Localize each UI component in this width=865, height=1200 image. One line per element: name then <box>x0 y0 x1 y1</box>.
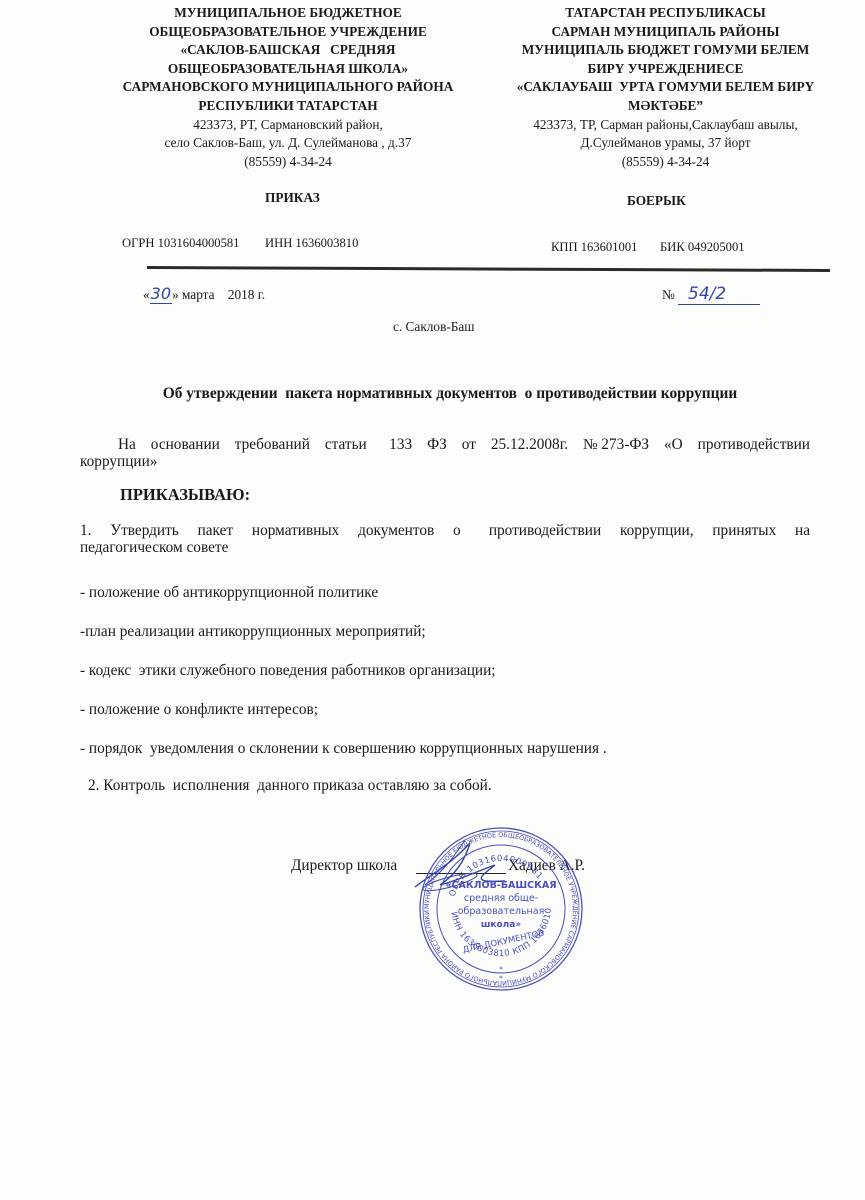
header-left-address: село Саклов-Баш, ул. Д. Сулейманова , д.… <box>108 134 468 153</box>
basis-paragraph: На основании требований статьи 133 ФЗ от… <box>80 436 810 470</box>
order-label-russian: ПРИКАЗ <box>265 190 320 206</box>
order-word: ПРИКАЗЫВАЮ: <box>120 485 250 505</box>
header-left-line: «САКЛОВ-БАШСКАЯ СРЕДНЯЯ <box>108 41 468 60</box>
stamp-star-icon: * <box>499 965 503 974</box>
header-right-line: МӘКТӘБЕ” <box>488 97 843 116</box>
kpp: КПП 163601001 <box>551 240 637 255</box>
order-label-tatar: БОЕРЫК <box>627 193 686 209</box>
date-day-handwritten: 30 <box>150 284 172 304</box>
point-2: 2. Контроль исполнения данного приказа о… <box>88 777 492 795</box>
order-place: с. Саклов-Баш <box>393 319 475 335</box>
list-item: - положение об антикоррупционной политик… <box>80 584 378 602</box>
official-stamp: МУНИЦИПАЛЬНОЕ БЮДЖЕТНОЕ ОБЩЕОБРАЗОВАТЕЛЬ… <box>418 826 584 992</box>
stamp-seal-icon: МУНИЦИПАЛЬНОЕ БЮДЖЕТНОЕ ОБЩЕОБРАЗОВАТЕЛЬ… <box>418 826 584 992</box>
list-item: - положение о конфликте интересов; <box>80 701 318 719</box>
header-right-address: Д.Сулейманов урамы, 37 йорт <box>488 134 843 153</box>
header-right-line: САРМАН МУНИЦИПАЛЬ РАЙОНЫ <box>488 23 843 42</box>
list-item: - кодекс этики служебного поведения рабо… <box>80 662 496 680</box>
header-left-line: ОБЩЕОБРАЗОВАТЕЛЬНОЕ УЧРЕЖДЕНИЕ <box>108 23 468 42</box>
header-left-address: 423373, РТ, Сармановский район, <box>108 116 468 135</box>
header-divider <box>147 266 830 272</box>
header-right-line: «САКЛАУБАШ УРТА ГОМУМИ БЕЛЕМ БИРҮ <box>488 78 843 97</box>
signature-position: Директор школа <box>291 857 397 875</box>
point-1: 1. Утвердить пакет нормативных документо… <box>80 522 810 556</box>
list-item: - порядок уведомления о склонении к сове… <box>80 740 607 758</box>
svg-text:ОГРН 1031604000581: ОГРН 1031604000581 <box>448 854 545 898</box>
header-left-russian: МУНИЦИПАЛЬНОЕ БЮДЖЕТНОЕ ОБЩЕОБРАЗОВАТЕЛЬ… <box>108 4 468 171</box>
order-number: № 54/2 <box>662 284 760 305</box>
stamp-ogrn-text: ОГРН 1031604000581 <box>448 854 545 898</box>
stamp-center-line: школа» <box>481 920 522 930</box>
ogrn: ОГРН 1031604000581 <box>122 236 239 251</box>
stamp-center-line: «САКЛОВ-БАШСКАЯ <box>445 880 556 891</box>
header-right-tatar: ТАТАРСТАН РЕСПУБЛИКАСЫ САРМАН МУНИЦИПАЛЬ… <box>488 4 843 171</box>
header-left-line: МУНИЦИПАЛЬНОЕ БЮДЖЕТНОЕ <box>108 4 468 23</box>
inn: ИНН 1636003810 <box>265 236 358 251</box>
stamp-star-icon: * <box>499 974 503 983</box>
order-date: «30» марта 2018 г. <box>143 284 265 303</box>
date-month-year: » марта 2018 г. <box>172 287 265 302</box>
header-left-line: САРМАНОВСКОГО МУНИЦИПАЛЬНОГО РАЙОНА <box>108 78 468 97</box>
number-handwritten: 54/2 <box>678 284 760 305</box>
stamp-center-line: средняя обще- <box>464 893 538 904</box>
list-item: -план реализации антикоррупционных мероп… <box>80 623 426 641</box>
date-quote: « <box>143 287 150 302</box>
header-right-line: МУНИЦИПАЛЬ БЮДЖЕТ ГОМУМИ БЕЛЕМ <box>488 41 843 60</box>
stamp-center-line: образовательная <box>458 906 545 917</box>
header-left-phone: (85559) 4-34-24 <box>108 153 468 172</box>
bik: БИК 049205001 <box>660 240 745 255</box>
header-right-phone: (85559) 4-34-24 <box>488 153 843 172</box>
document-title: Об утверждении пакета нормативных докуме… <box>60 385 840 403</box>
header-left-line: ОБЩЕОБРАЗОВАТЕЛЬНАЯ ШКОЛА» <box>108 60 468 79</box>
header-right-line: ТАТАРСТАН РЕСПУБЛИКАСЫ <box>488 4 843 23</box>
header-left-line: РЕСПУБЛИКИ ТАТАРСТАН <box>108 97 468 116</box>
header-right-address: 423373, ТР, Сарман районы,Саклаубаш авыл… <box>488 116 843 135</box>
header-right-line: БИРҮ УЧРЕЖДЕНИЕСЕ <box>488 60 843 79</box>
number-sign: № <box>662 287 675 302</box>
